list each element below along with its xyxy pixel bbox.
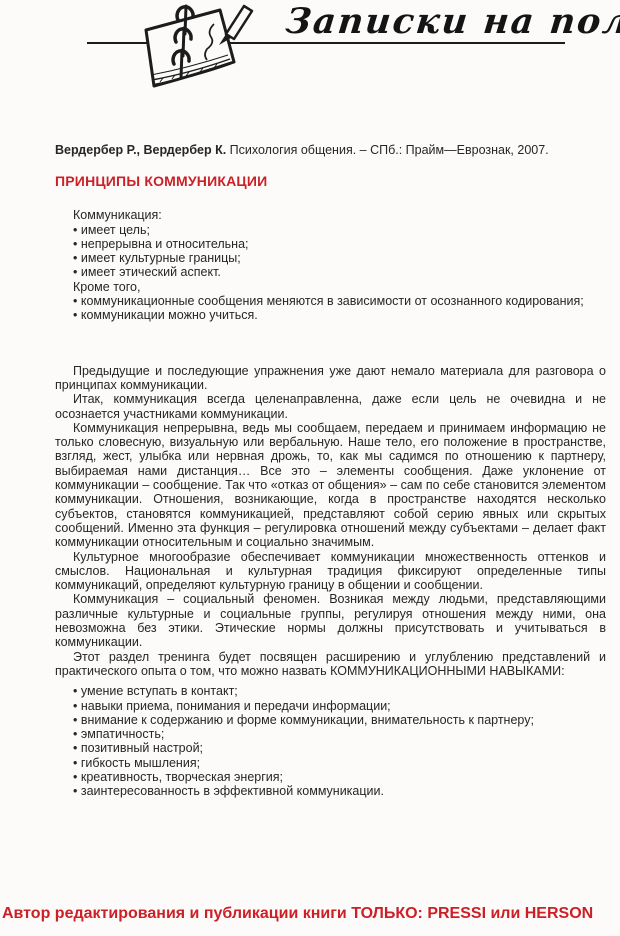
- communication-properties-list: Коммуникация: имеет цель; непрерывна и о…: [73, 208, 606, 322]
- content-column: Вердербер Р., Вердербер К. Психология об…: [55, 143, 606, 799]
- paragraph: Этот раздел тренинга будет посвящен расш…: [55, 650, 606, 679]
- citation-title: Психология общения. – СПб.: Прайм—Еврозн…: [226, 143, 548, 157]
- paragraph: Итак, коммуникация всегда целенаправленн…: [55, 392, 606, 421]
- book-citation: Вердербер Р., Вердербер К. Психология об…: [55, 143, 606, 157]
- list-item: гибкость мышления;: [73, 756, 606, 770]
- list-item: навыки приема, понимания и передачи инфо…: [73, 699, 606, 713]
- list-lead: Кроме того,: [73, 280, 606, 294]
- list-item: внимание к содержанию и форме коммуникац…: [73, 713, 606, 727]
- paragraph: Коммуникация непрерывна, ведь мы сообщае…: [55, 421, 606, 550]
- list-item: креативность, творческая энергия;: [73, 770, 606, 784]
- notebook-with-pen-icon: [130, 0, 254, 94]
- citation-authors: Вердербер Р., Вердербер К.: [55, 143, 226, 157]
- list-item: эмпатичность;: [73, 727, 606, 741]
- header-script-title: Записки на полях: [284, 4, 620, 39]
- list-item: коммуникации можно учиться.: [73, 308, 606, 322]
- list-item: умение вступать в контакт;: [73, 684, 606, 698]
- list-item: имеет культурные границы;: [73, 251, 606, 265]
- list-item: непрерывна и относительна;: [73, 237, 606, 251]
- section-heading: ПРИНЦИПЫ КОММУНИКАЦИИ: [55, 173, 606, 189]
- communication-skills-list: умение вступать в контакт; навыки приема…: [73, 684, 606, 798]
- list-item: позитивный настрой;: [73, 741, 606, 755]
- list-lead: Коммуникация:: [73, 208, 606, 222]
- list-item: имеет цель;: [73, 223, 606, 237]
- list-item: заинтересованность в эффективной коммуни…: [73, 784, 606, 798]
- body-paragraphs: Предыдущие и последующие упражнения уже …: [55, 364, 606, 799]
- paragraph: Коммуникация – социальный феномен. Возни…: [55, 592, 606, 649]
- list-item: коммуникационные сообщения меняются в за…: [73, 294, 606, 308]
- paragraph: Предыдущие и последующие упражнения уже …: [55, 364, 606, 393]
- watermark-footer: Автор редактирования и публикации книги …: [2, 905, 593, 923]
- paragraph: Культурное многообразие обеспечивает ком…: [55, 550, 606, 593]
- document-page: Записки на полях Вердербер Р., Вердербер…: [0, 0, 620, 936]
- list-item: имеет этический аспект.: [73, 265, 606, 279]
